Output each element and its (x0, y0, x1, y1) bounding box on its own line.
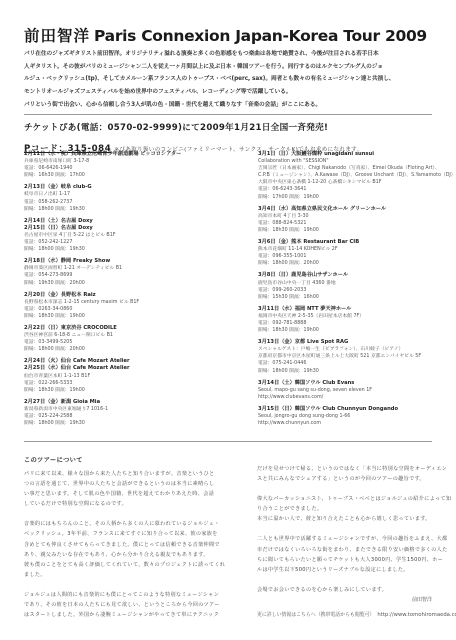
about-text-right: だけを見せつけて帰る、というのではなく「本当に特別な空間をオーディエンスと共にみ… (257, 464, 456, 605)
event-detail: 電話：054-273-8699 (24, 272, 229, 279)
about-paragraph: 会場でお会いできるのを心から楽しみにしています。 (257, 585, 456, 595)
about-line: い事だと思います。そして肌の色や国籍、世代を超えてわかりあえた時、会話 (24, 489, 224, 499)
event-date-venue: 3月1日（日）大阪鰻谷燦粋 unagidani sunsui (258, 151, 456, 158)
event-date-venue: 2月20日（金）長野松本 Raiz (24, 292, 229, 299)
about-paragraph: 二人とも世界中で活躍するミュージシャンですが、今回の趣旨をふまえ、大都市だけでは… (257, 534, 456, 574)
about-line: 偉大なパーカッショニスト、トゥーブス・ベベとはジョルジュの紹介によって知 (257, 494, 456, 504)
event-entry: 3月1日（日）大阪鰻谷燦粋 unagidani sunsuiCollaborat… (258, 151, 456, 201)
about-line: あり、親父みたいな存在でもあり、心から分かり合える親友でもあります。 (24, 550, 224, 560)
venue-link[interactable]: http://www.clubevans.com/ (258, 394, 456, 401)
event-detail: 電話：025-224-2588 (24, 413, 229, 420)
about-line: であり、その彼を日本の人たちにも見て欲しい、というところから今回のツアー (24, 600, 224, 610)
event-detail: 開場：17h00 開演：19h00 (258, 194, 456, 201)
event-entry: 2月22日（日）東京渋谷 CROCODILE渋谷区神宮前 6-18-8 ニュー関… (24, 325, 229, 353)
about-line: パリに来て以来、様々な国から来た人たちと知り合いますが、音楽というひと (24, 469, 224, 479)
event-detail: 新潟県新潟市中央区東堀通り7 1016-1 (24, 406, 229, 413)
event-detail: 電話：075-241-0446 (258, 360, 456, 367)
event-detail: 開場：18h00 開演：19h30 (24, 246, 229, 253)
event-detail: 電話：06-6426-1940 (24, 165, 229, 172)
event-entry: 3月13日（金）京都 Live Spot RAGスペシャルゲスト：戸嶋一生（ビブ… (258, 339, 456, 374)
event-entry: 2月14日（土）名古屋 Doxy2月15日（日）名古屋 Doxy名古屋市中区栄 … (24, 218, 229, 253)
intro-text: パリ在住のジャズギタリスト前田智洋。オリジナリティ溢れる演奏と多くの色彩感をもつ… (24, 48, 434, 112)
event-detail: C.P.B（ミュージシャン）、A.Kawase（DJ）、Groove Uncha… (258, 172, 456, 179)
event-detail: 電話：06-6243-3641 (258, 186, 456, 193)
about-line: 市だけではなくいろいろな街をまわり、またできる限り安い価格で多くの人た (257, 545, 456, 555)
event-detail: 熊本市花畑町 11-14 KOHENビル 2F (258, 246, 456, 253)
event-date-venue: 2月11日（水・祝）兵庫県立尼崎青少年創造劇場 ピッコロシアター (24, 151, 229, 158)
about-paragraph: パリに来て以来、様々な国から来た人たちと知り合いますが、音楽というひとつの言語を… (24, 469, 224, 509)
event-entry: 3月11日（水）福岡 NTT 夢天神ホール福岡市中央区天神 2-5-35（岩田屋… (258, 306, 456, 334)
event-entry: 3月4日（水）高知県立県民文化ホール グリーンホール高知市本町 4丁目 3-30… (258, 206, 456, 234)
event-date-venue: 2月18日（水）静岡 Freaky Show (24, 258, 229, 265)
page-title: 前田智洋Paris Connexion Japan-Korea Tour 200… (24, 24, 432, 46)
about-heading: このツアーについて (24, 455, 83, 464)
event-detail: 渋谷区神宮前 6-18-8 ニュー関口ビル B1 (24, 332, 229, 339)
event-date-venue: 2月25日（水）仙台 Cafe Mozart Atelier (24, 365, 229, 372)
event-detail: 開場：18h00 開演：20h00 (24, 346, 229, 353)
event-detail: 開場：19h30 開演：20h00 (24, 280, 229, 287)
event-detail: 開場：18h00 開演：19h30 (24, 206, 229, 213)
about-line: り合うことができました。 (257, 504, 456, 514)
about-line: はスタートしました。外国から凄腕ミュージシャンがやってきて単にテクニック (24, 610, 224, 620)
event-detail: 静岡市葵区両替町 1-21 オーデシティビル B1 (24, 265, 229, 272)
event-entry: 2月20日（金）長野松本 Raiz長野県松本市深志 1-2-15 century… (24, 292, 229, 320)
event-detail: Seoul, mapo-gu sang su-dong, seven eleve… (258, 387, 456, 394)
about-text-left: パリに来て以来、様々な国から来た人たちと知り合いますが、音楽というひとつの言語を… (24, 469, 224, 630)
about-line: 二人とも世界中で活躍するミュージシャンですが、今回の趣旨をふまえ、大都 (257, 534, 456, 544)
event-date-venue: 3月6日（金）熊本 Restaurant Bar CIB (258, 239, 456, 246)
event-detail: 開場：18h30 開演：19h00 (24, 313, 229, 320)
event-entry: 3月14日（土）韓国ソウル Club EvansSeoul, mapo-gu s… (258, 380, 456, 401)
event-detail: 長野県松本市深志 1-2-15 century maxim ビル B1F (24, 299, 229, 306)
event-date-venue: 3月11日（水）福岡 NTT 夢天神ホール (258, 306, 456, 313)
ticket-headline: チケットぴあ(電話：0570-02-9999)にて2009年1月21日全国一斉発… (24, 121, 432, 133)
event-entry: 3月15日（日）韓国ソウル Club Chunnyun DongandoSeou… (258, 406, 456, 427)
about-line: ジョルジュは人間的にも音楽的にも僕にとってこのような特別なミュージシャン (24, 590, 224, 600)
event-detail: 開場：18h00 開演：19h30 (24, 420, 229, 427)
event-date-venue: 3月4日（水）高知県立県民文化ホール グリーンホール (258, 206, 456, 213)
event-detail: 高知市本町 4丁目 3-30 (258, 213, 456, 220)
event-detail: 岐阜市日ノ出町 1-17 (24, 191, 229, 198)
event-detail: 開場：18h00 開演：19h30 (258, 368, 456, 375)
event-detail: 電話：088-824-5321 (258, 220, 456, 227)
about-line: ルは中学生以下500円というリーズナブルな設定にしました。 (257, 565, 456, 575)
event-detail: 電話：022-266-5333 (24, 380, 229, 387)
footer: 更に詳しい情報はこちらへ（携帯電話からも閲覧可）http://www.tomoh… (257, 611, 456, 618)
event-entry: 3月6日（金）熊本 Restaurant Bar CIB熊本市花畑町 11-14… (258, 239, 456, 267)
about-line: だけを見せつけて帰る、というのではなく「本当に特別な空間をオーディエン (257, 464, 456, 474)
event-detail: 仙台市青葉区本町 1-1-13 B1F (24, 373, 229, 380)
about-line: スと共にみんなでシェアする」というのが今回のツアーの趣旨です。 (257, 474, 456, 484)
venue-link[interactable]: http://www.chunnyun.com (258, 420, 456, 427)
event-detail: 開場：18h00 開演：20h00 (258, 260, 456, 267)
event-date-venue: 3月13日（金）京都 Live Spot RAG (258, 339, 456, 346)
intro-line: ルジュ・ベックリッシュ(tp)、そしてカメルーン系フランス人のトゥーブス・ベベ(… (24, 73, 434, 86)
tour-name: Paris Connexion Japan-Korea Tour 2009 (94, 27, 427, 45)
about-line: ベックリッシュ。3年半前、フランスに来てすぐに知り合って以来、彼の家族を (24, 529, 224, 539)
about-line: しているだけで特別な空間になるのです。 (24, 499, 224, 509)
event-date-venue: 3月14日（土）韓国ソウル Club Evans (258, 380, 456, 387)
intro-line: モントリオールジャズフェスティバルを始め世界中のフェスティバル、レコーディング等… (24, 86, 434, 99)
event-detail: 開場：18h30 開演：19h00 (258, 327, 456, 334)
about-line: ちに聞いてもらいたいと願ってチケットも大人3000円、学生1500円、ホー (257, 555, 456, 565)
event-detail: 電話：03-3499-5205 (24, 339, 229, 346)
schedule-march: 3月1日（日）大阪鰻谷燦粋 unagidani sunsuiCollaborat… (258, 151, 456, 432)
about-line: 彼も僕のことをとても高く評価してくれていて、数々のプロジェクトに誘ってくれ (24, 560, 224, 570)
event-detail: 名古屋市中区栄 4丁目 5-22 はとビル B1F (24, 232, 229, 239)
event-date-venue: 3月15日（日）韓国ソウル Club Chunnyun Dongando (258, 406, 456, 413)
event-detail: 電話：092-781-8888 (258, 320, 456, 327)
event-date-venue: 2月13日（金）岐阜 club-G (24, 184, 229, 191)
event-entry: 2月24日（火）仙台 Cafe Mozart Atelier2月25日（水）仙台… (24, 358, 229, 393)
event-detail: 電話：058-262-2737 (24, 199, 229, 206)
intro-line: パリという街で出会い、心から信頼し合う3人が肌の色・国籍・世代を越えて織りなす「… (24, 99, 434, 112)
event-detail: 鹿児島市谷山中央一丁目 4360 番地 (258, 280, 456, 287)
schedule-february: 2月11日（水・祝）兵庫県立尼崎青少年創造劇場 ピッコロシアター兵庫県尼崎市南塚… (24, 151, 229, 432)
about-paragraph: ジョルジュは人間的にも音楽的にも僕にとってこのような特別なミュージシャンであり、… (24, 590, 224, 620)
event-detail: 福岡市中央区天神 2-5-35（岩田屋本店本館 7F） (258, 313, 456, 320)
about-paragraph: 偉大なパーカッショニスト、トゥーブス・ベベとはジョルジュの紹介によって知り合うこ… (257, 494, 456, 524)
event-date-venue: 2月15日（日）名古屋 Doxy (24, 225, 229, 232)
intro-line: 人ギタリスト。その彼がパリのミュージシャン二人を従え一ヶ月間以上に及ぶ日本・韓国… (24, 61, 434, 74)
event-detail: 吉岡宗匠（日本画家）、Chigi Nakanodo（写真家）、Eimei Oku… (258, 165, 456, 172)
event-date-venue: 2月14日（土）名古屋 Doxy (24, 218, 229, 225)
ticket-info: チケットぴあ(電話：0570-02-9999)にて2009年1月21日全国一斉発… (24, 121, 432, 155)
event-entry: 2月11日（水・祝）兵庫県立尼崎青少年創造劇場 ピッコロシアター兵庫県尼崎市南塚… (24, 151, 229, 179)
event-detail: 開場：18h30 開演：19h00 (258, 227, 456, 234)
about-line: ました。 (24, 570, 224, 580)
event-entry: 3月8日（日）鹿児島谷山サザンホール鹿児島市谷山中央一丁目 4360 番地電話：… (258, 272, 456, 300)
event-detail: 兵庫県尼崎市南塚口町 3-17-8 (24, 158, 229, 165)
event-detail: 開場：15h30 開演：16h00 (258, 294, 456, 301)
about-line: 本当に温かい人で、彼と知り合えたことも心から嬉しく思っています。 (257, 514, 456, 524)
event-entry: 2月13日（金）岐阜 club-G岐阜市日ノ出町 1-17電話：058-262-… (24, 184, 229, 212)
intro-line: パリ在住のジャズギタリスト前田智洋。オリジナリティ溢れる演奏と多くの色彩感をもつ… (24, 48, 434, 61)
event-detail: 電話：096-355-1001 (258, 253, 456, 260)
event-detail: 電話：0263-34-0860 (24, 306, 229, 313)
event-detail: 電話：099-260-2033 (258, 287, 456, 294)
divider (24, 441, 432, 442)
event-date-venue: 2月27日（金）新潟 Gioia Mia (24, 399, 229, 406)
about-line: 含めとても仲良くさせてもらってきました。僕にとっては信頼できる音楽仲間で (24, 540, 224, 550)
about-line: 音楽的にはもちろんのこと、その人柄から多くの人に慕われているジョルジュ・ (24, 519, 224, 529)
artist-name: 前田智洋 (24, 27, 90, 45)
event-detail: 開場：16h30 開演：17h00 (24, 172, 229, 179)
signature: 前田智洋 (256, 596, 456, 603)
about-line: 会場でお会いできるのを心から楽しみにしています。 (257, 585, 456, 595)
event-detail: Collaboration with "SESSION" (258, 158, 456, 165)
event-detail: 京都府京都市中京区木屋町通三条上ル上大阪町 521 京都エンパイヤビル 5F (258, 353, 456, 360)
website-link[interactable]: http://www.tomohiromaeda.com (377, 612, 456, 618)
event-detail: 大阪市中央区東心斎橋 1-12-20 心斎橋シキシマビル B1F (258, 179, 456, 186)
about-line: つの言語を通じて、世界中の人たちと会話ができるというのは本当に素晴らし (24, 479, 224, 489)
event-date-venue: 2月22日（日）東京渋谷 CROCODILE (24, 325, 229, 332)
about-paragraph: 音楽的にはもちろんのこと、その人柄から多くの人に慕われているジョルジュ・ベックリ… (24, 519, 224, 580)
about-paragraph: だけを見せつけて帰る、というのではなく「本当に特別な空間をオーディエンスと共にみ… (257, 464, 456, 484)
event-detail: 開場：18h30 開演：19h00 (24, 387, 229, 394)
event-entry: 2月27日（金）新潟 Gioia Mia新潟県新潟市中央区東堀通り7 1016-… (24, 399, 229, 427)
event-date-venue: 3月8日（日）鹿児島谷山サザンホール (258, 272, 456, 279)
divider (24, 114, 432, 115)
event-detail: スペシャルゲスト：戸嶋一生（ビブラフォン）、石川綾子（ピアノ） (258, 346, 456, 353)
event-entry: 2月18日（水）静岡 Freaky Show静岡市葵区両替町 1-21 オーデシ… (24, 258, 229, 286)
event-detail: Seoul, jongro-gu dong sung-dong 1-66 (258, 413, 456, 420)
event-detail: 電話：052-242-1227 (24, 239, 229, 246)
footer-note: 更に詳しい情報はこちらへ（携帯電話からも閲覧可） (257, 612, 374, 618)
